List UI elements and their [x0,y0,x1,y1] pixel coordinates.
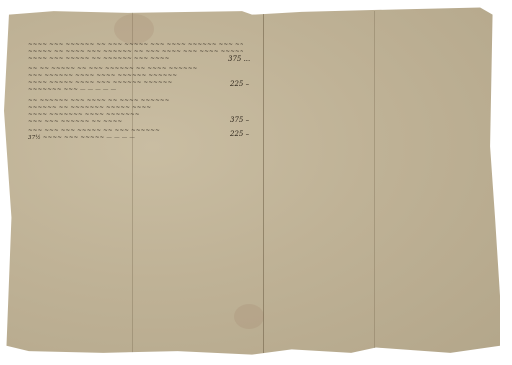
handwriting-line: ~~~~~~ ~~ ~~~~~~~ ~~~~~ ~~~~ [28,105,243,112]
margin-amount: 375 ... [228,55,250,63]
fold-line [374,11,375,353]
entry-1: ~~~~ ~~~ ~~~~~~ ~~ ~~~ ~~~~~ ~~~ ~~~~ ~~… [28,42,243,63]
handwriting-line: ~~ ~~ ~~~~~ ~~ ~~~ ~~~~~~ ~~ ~~~~ ~~~~~~ [28,66,243,73]
margin-amount: 225 – [230,130,249,138]
handwriting-line: ~~~~ ~~~ ~~~~~~ ~~ ~~~ ~~~~~ ~~~ ~~~~ ~~… [28,42,243,49]
entry-2: ~~ ~~ ~~~~~ ~~ ~~~ ~~~~~~ ~~ ~~~~ ~~~~~~… [28,66,243,94]
handwriting-line: ~~~~~~~ ~~~ — — — — — [28,87,243,94]
stain [234,304,264,329]
entry-3: ~~ ~~~~~~ ~~~ ~~~~ ~~ ~~~~ ~~~~~~ ~~~~~~… [28,98,243,126]
handwriting-line: ~~~ ~~~ ~~~~~~ ~~ ~~~~ [28,119,243,126]
handwriting-line: 37½ ~~~~ ~~~ ~~~~~ — — — — [28,135,243,142]
handwriting-line: ~~~~ ~~~~~ ~~~~ ~~~ ~~~~~~ ~~~~~~ [28,80,243,87]
handwriting-line: ~~~~ ~~~~~~~ ~~~~ ~~~~~~~ [28,112,243,119]
handwriting-line: ~~ ~~~~~~ ~~~ ~~~~ ~~ ~~~~ ~~~~~~ [28,98,243,105]
handwriting-line: ~~~ ~~~ ~~~ ~~~~~ ~~ ~~~ ~~~~~~ [28,128,243,135]
stain [114,14,154,44]
margin-amount: 225 – [230,80,249,88]
entry-4: ~~~ ~~~ ~~~ ~~~~~ ~~ ~~~ ~~~~~~ 37½ ~~~~… [28,128,243,142]
center-fold-line [263,11,264,353]
margin-amount: 375 – [230,116,249,124]
handwriting-line: ~~~ ~~~~~~ ~~~~ ~~~~ ~~~~~~ ~~~~~~ [28,73,243,80]
handwriting-line: ~~~~ ~~~ ~~~~~ ~~ ~~~~~~ ~~~ ~~~~ [28,56,243,63]
handwriting-line: ~~~~~ ~~ ~~~~ ~~~ ~~~~~~ ~~ ~~~ ~~~~ ~~~… [28,49,243,56]
